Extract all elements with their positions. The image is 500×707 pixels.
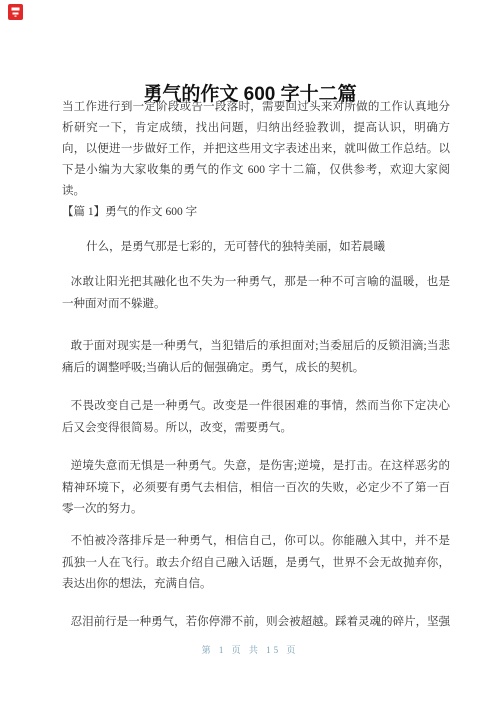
white-page-glyph bbox=[11, 7, 20, 17]
page-number-footer: 第 1 页 共 15 页 bbox=[0, 643, 500, 656]
body-paragraph: 不怕被冷落排斥是一种勇气，相信自己，你可以。你能融入其中，并不是孤独一人在飞行。… bbox=[62, 531, 450, 596]
red-bookmark-icon bbox=[8, 4, 23, 20]
intro-paragraph: 当工作进行到一定阶段或告一段落时，需要回过头来对所做的工作认真地分析研究一下，肯… bbox=[62, 97, 450, 202]
body-paragraph: 逆境失意而无惧是一种勇气。失意，是伤害;逆境，是打击。在这样恶劣的精神环境下，必… bbox=[62, 456, 450, 521]
document-page: 勇气的作文 600 字十二篇 当工作进行到一定阶段或告一段落时，需要回过头来对所… bbox=[0, 0, 500, 707]
body-paragraph-clipped: 忍泪前行是一种勇气，若你停滞不前，则会被超越。踩着灵魂的碎片，坚强而 bbox=[62, 612, 450, 634]
body-paragraph: 不畏改变自己是一种勇气。改变是一件很困难的事情，然而当你下定决心后又会变得很简易… bbox=[62, 396, 450, 439]
body-paragraph: 敢于面对现实是一种勇气，当犯错后的承担面对;当委屈后的反锁泪滴;当悲痛后的调整呼… bbox=[62, 336, 450, 379]
body-paragraph: 冰敢让阳光把其融化也不失为一种勇气，那是一种不可言喻的温暖，也是一种面对而不躲避… bbox=[62, 272, 450, 315]
body-paragraph: 什么，是勇气那是七彩的，无可替代的独特美丽，如若晨曦 bbox=[62, 237, 450, 259]
section-heading-part1: 【篇 1】勇气的作文 600 字 bbox=[62, 202, 450, 224]
